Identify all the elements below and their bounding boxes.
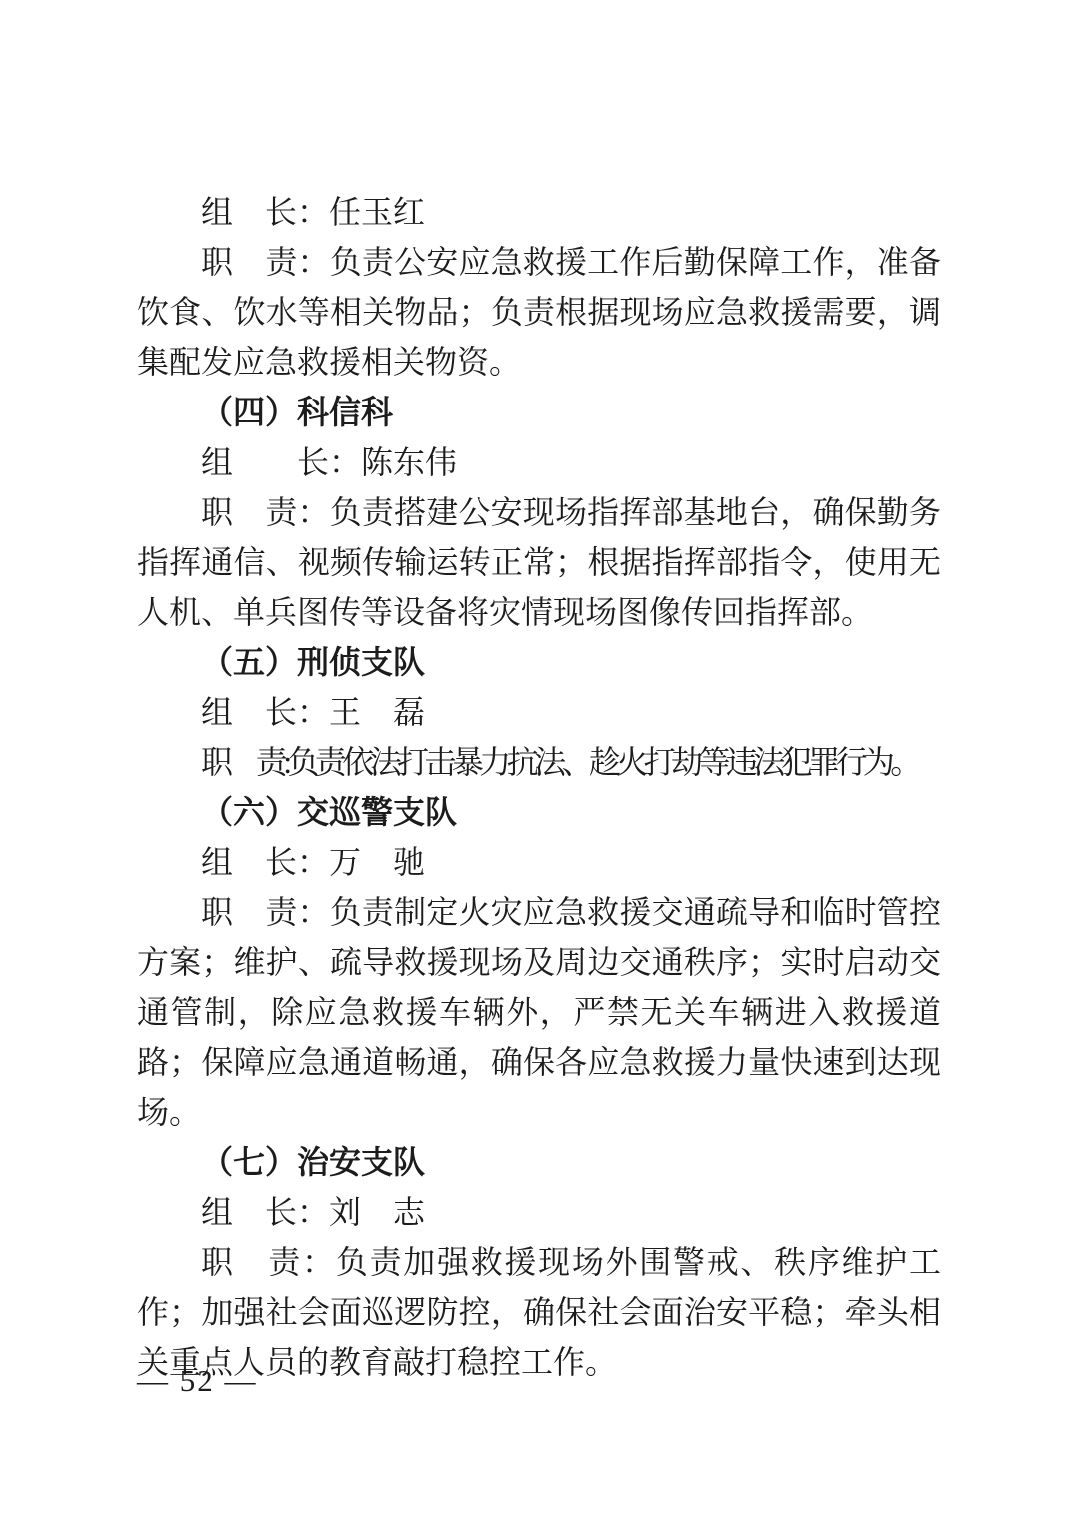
document-page: 组 长：任玉红 职 责：负责公安应急救援工作后勤保障工作，准备饮食、饮水等相关物…: [0, 0, 1074, 1520]
section-heading: （七）治安支队: [137, 1137, 941, 1187]
leader-line: 组 长：王 磊: [137, 687, 941, 737]
duty-paragraph: 职 责:负责依法打击暴力抗法、趁火打劫等违法犯罪行为。: [137, 737, 941, 787]
page-number: — 52 —: [137, 1360, 258, 1402]
section-heading: （六）交巡警支队: [137, 787, 941, 837]
duty-paragraph: 职 责：负责制定火灾应急救援交通疏导和临时管控方案；维护、疏导救援现场及周边交通…: [137, 887, 941, 1137]
document-body: 组 长：任玉红 职 责：负责公安应急救援工作后勤保障工作，准备饮食、饮水等相关物…: [137, 187, 941, 1387]
leader-line: 组 长：陈东伟: [137, 437, 941, 487]
leader-line: 组 长：刘 志: [137, 1187, 941, 1237]
duty-paragraph: 职 责：负责搭建公安现场指挥部基地台，确保勤务指挥通信、视频传输运转正常；根据指…: [137, 487, 941, 637]
section-heading: （四）科信科: [137, 387, 941, 437]
leader-line: 组 长：任玉红: [137, 187, 941, 237]
duty-paragraph: 职 责：负责公安应急救援工作后勤保障工作，准备饮食、饮水等相关物品；负责根据现场…: [137, 237, 941, 387]
section-heading: （五）刑侦支队: [137, 637, 941, 687]
leader-line: 组 长：万 驰: [137, 837, 941, 887]
